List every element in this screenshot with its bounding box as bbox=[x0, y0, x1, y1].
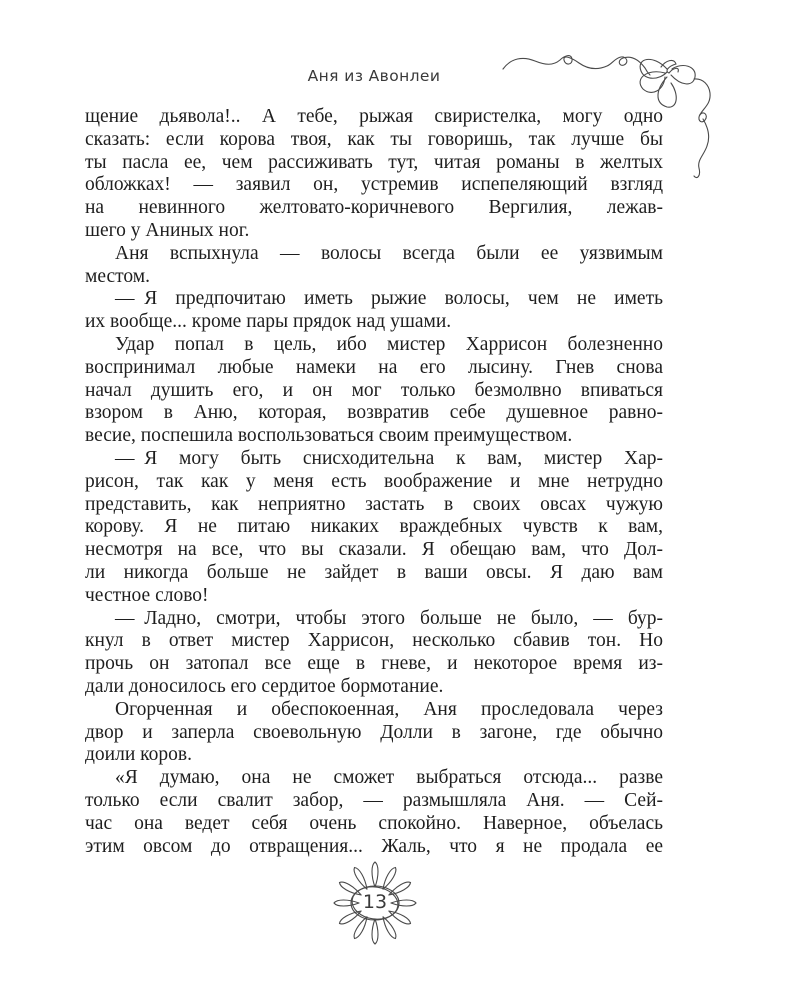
text-line: прочь он затопал все еще в гневе, и неко… bbox=[85, 653, 663, 676]
text-line: взором в Аню, которая, возвратив себе ду… bbox=[85, 402, 663, 425]
text-line: на невинного желтовато-коричневого Верги… bbox=[85, 197, 663, 220]
text-line: ты пасла ее, чем рассиживать тут, читая … bbox=[85, 152, 663, 175]
text-line: Огорченная и обеспокоенная, Аня проследо… bbox=[85, 699, 663, 722]
text-line: двор и заперла своевольную Долли в загон… bbox=[85, 722, 663, 745]
text-line: щение дьявола!.. А тебе, рыжая свиристел… bbox=[85, 106, 663, 129]
text-line: кнул в ответ мистер Харрисон, несколько … bbox=[85, 630, 663, 653]
book-page: Аня из Авонлеи щение дьявола!.. А тебе, … bbox=[0, 0, 800, 1000]
text-line: весие, поспешила воспользоваться своим п… bbox=[85, 425, 663, 448]
text-line: воспринимал любые намеки на его лысину. … bbox=[85, 357, 663, 380]
text-line: — Я предпочитаю иметь рыжие волосы, чем … bbox=[85, 288, 663, 311]
text-line: несмотря на все, что вы сказали. Я обеща… bbox=[85, 539, 663, 562]
text-line: рисон, так как у меня есть воображение и… bbox=[85, 471, 663, 494]
text-line: честное слово! bbox=[85, 585, 663, 608]
text-line: только если свалит забор, — размышляла А… bbox=[85, 790, 663, 813]
text-line: местом. bbox=[85, 266, 663, 289]
text-line: Аня вспыхнула — волосы всегда были ее уя… bbox=[85, 243, 663, 266]
text-line: «Я думаю, она не сможет выбраться отсюда… bbox=[85, 767, 663, 790]
body-text: щение дьявола!.. А тебе, рыжая свиристел… bbox=[85, 106, 663, 858]
text-line: представить, как неприятно застать в сво… bbox=[85, 494, 663, 517]
text-line: — Я могу быть снисходительна к вам, мист… bbox=[85, 448, 663, 471]
page-number: 13 bbox=[312, 891, 438, 913]
text-line: час она ведет себя очень спокойно. Навер… bbox=[85, 813, 663, 836]
text-line: обложках! — заявил он, устремив испепеля… bbox=[85, 174, 663, 197]
text-line: сказать: если корова твоя, как ты говори… bbox=[85, 129, 663, 152]
text-line: ли никогда больше не зайдет в ваши овсы.… bbox=[85, 562, 663, 585]
text-line: шего у Аниных ног. bbox=[85, 220, 663, 243]
text-line: дали доносилось его сердитое бормотание. bbox=[85, 676, 663, 699]
text-line: — Ладно, смотри, чтобы этого больше не б… bbox=[85, 608, 663, 631]
text-line: их вообще... кроме пары прядок над ушами… bbox=[85, 311, 663, 334]
text-line: корову. Я не питаю никаких враждебных чу… bbox=[85, 516, 663, 539]
text-line: доили коров. bbox=[85, 744, 663, 767]
text-line: Удар попал в цель, ибо мистер Харрисон б… bbox=[85, 334, 663, 357]
text-line: начал душить его, и он мог только безмол… bbox=[85, 380, 663, 403]
